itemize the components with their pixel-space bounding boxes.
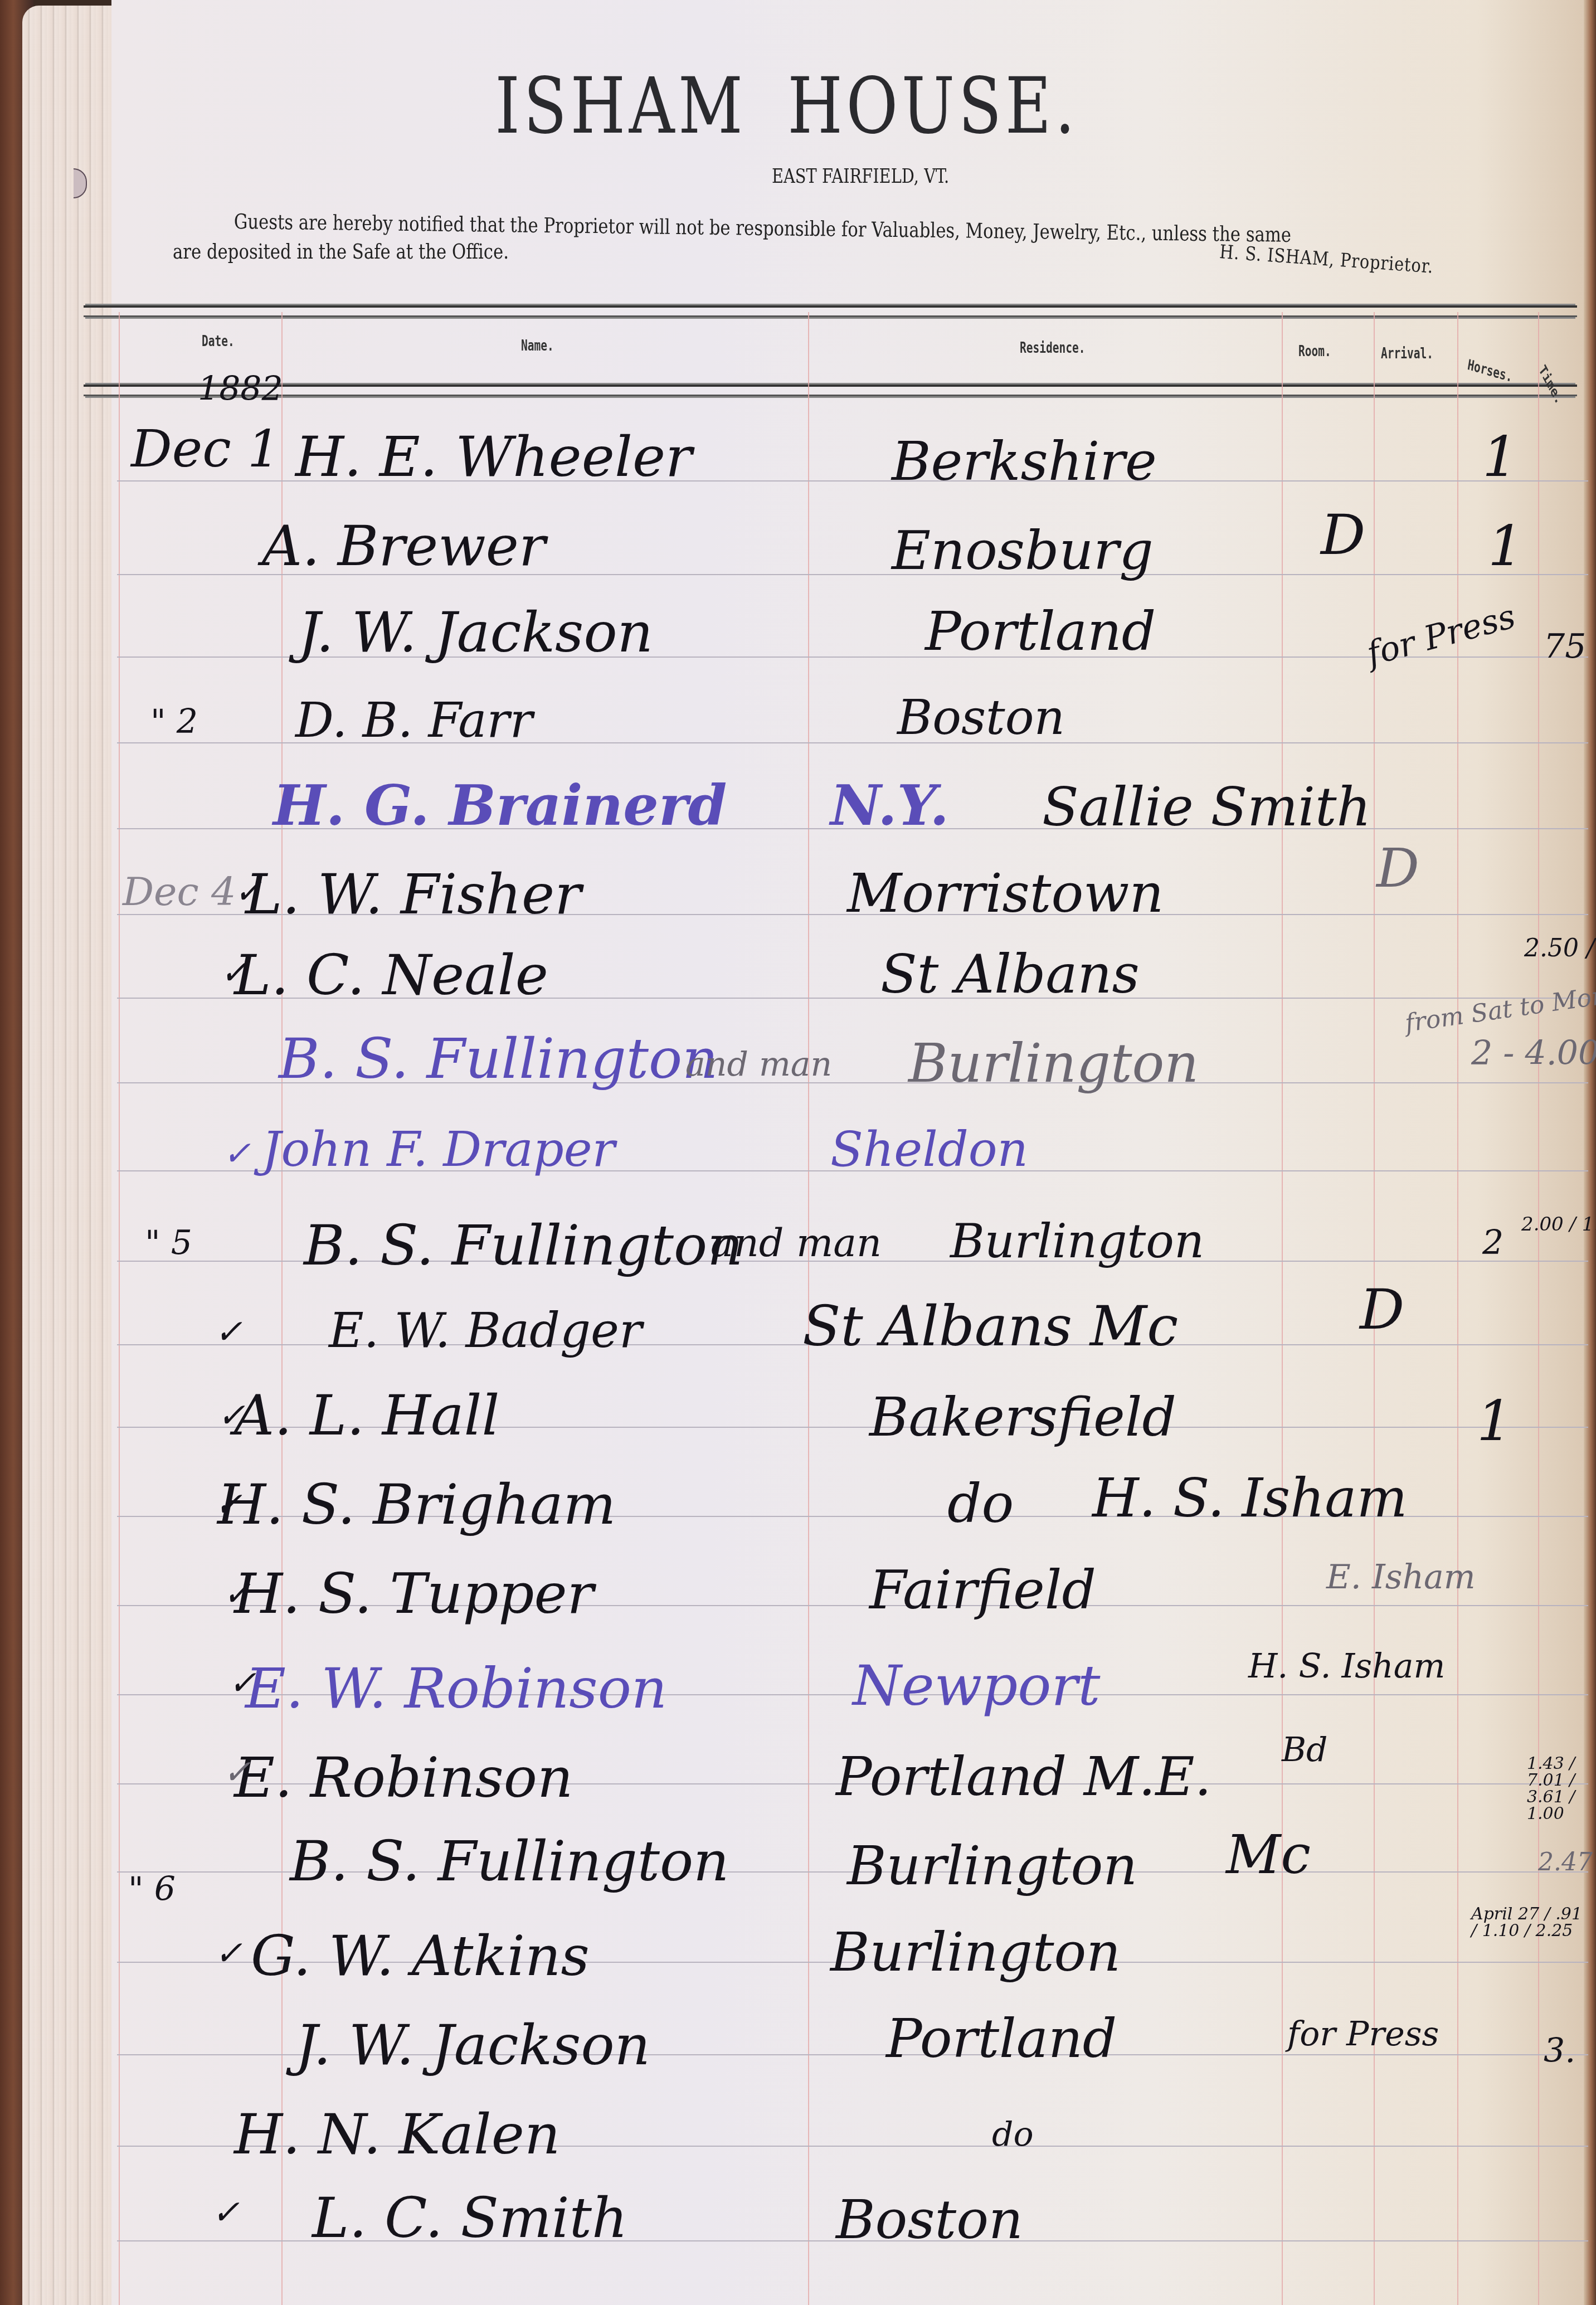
entry-residence: Fairfield	[869, 1563, 1096, 1617]
entry-date: Dec 4	[123, 872, 236, 911]
entry-time: 3.	[1544, 2034, 1575, 2068]
entry-horses: 2	[1482, 1226, 1503, 1260]
entry-name: E. Robinson	[234, 1750, 573, 1806]
entry-with-note: and man	[711, 1223, 882, 1262]
checkmark-icon: ✓	[228, 1666, 256, 1700]
column-header-room: Room.	[1298, 343, 1331, 360]
register-location: EAST FAIRFIELD, VT.	[772, 165, 949, 188]
entry-name: A. Brewer	[262, 518, 546, 574]
entry-date: " 6	[128, 1873, 176, 1906]
entry-arrival-note: Bd	[1282, 1733, 1328, 1767]
checkmark-icon: ✓	[215, 1488, 242, 1521]
entry-name: H. S. Tupper	[234, 1566, 593, 1622]
entry-arrival-note: E. Isham	[1326, 1560, 1476, 1594]
column-header-date: Date.	[202, 333, 235, 350]
checkmark-icon: ✓	[220, 956, 248, 989]
column-header-name: Name.	[521, 338, 554, 354]
header-rule-bottom	[84, 385, 1577, 396]
entry-arrival-note: H. S. Isham	[1248, 1650, 1445, 1683]
entry-date: " 2	[150, 705, 198, 738]
entry-horses: 1	[1488, 518, 1524, 574]
checkmark-icon: ✓	[223, 1756, 251, 1789]
checkmark-icon: ✓	[223, 1577, 251, 1611]
margin-line	[119, 312, 120, 2305]
checkmark-icon: ✓	[212, 2196, 240, 2229]
entry-date: Dec 1	[131, 424, 280, 475]
entry-residence: St Albans Mc	[802, 1299, 1178, 1354]
entry-name: L. C. Neale	[234, 947, 548, 1003]
entry-name: John F. Draper	[262, 1126, 615, 1174]
entry-residence: Bakersfield	[869, 1390, 1176, 1444]
notice-line-2: are deposited in the Safe at the Office.	[173, 240, 509, 264]
checkmark-icon: ✓	[223, 1137, 251, 1170]
entry-time: 1.43 / 7.01 / 3.61 / 1.00	[1527, 1756, 1588, 1822]
entry-horses: 1	[1482, 429, 1518, 485]
entry-with-note: and man	[685, 1048, 832, 1081]
entry-name: B. S. Fullington	[304, 1218, 743, 1273]
entry-residence: Burlington	[847, 1839, 1137, 1893]
entry-residence: Berkshire	[892, 435, 1157, 488]
entry-name: G. W. Atkins	[251, 1928, 590, 1984]
entry-room: Mc	[1226, 1828, 1311, 1881]
entry-name: B. S. Fullington	[290, 1834, 729, 1889]
entry-name: H. G. Brainerd	[273, 777, 727, 833]
register-title: ISHAMHOUSE.	[133, 61, 1441, 151]
entry-room-note: for Press	[1287, 2017, 1439, 2051]
entry-room-note: Sallie Smith	[1042, 780, 1371, 834]
checkmark-icon: ✓	[215, 1937, 242, 1970]
entry-name: E. W. Robinson	[245, 1661, 667, 1716]
entry-horses: 1	[1477, 1393, 1512, 1449]
column-header-residence: Residence.	[1020, 340, 1085, 357]
page-right-edge	[1584, 0, 1596, 2305]
entry-date: " 5	[145, 1226, 192, 1260]
page-stack-edges	[22, 6, 117, 2305]
entry-residence: Burlington	[830, 1925, 1121, 1979]
entry-name: A. L. Hall	[234, 1388, 500, 1443]
entry-name: H. N. Kalen	[234, 2107, 560, 2162]
entry-time: April 27 / .91 / 1.10 / 2.25	[1471, 1906, 1583, 1939]
entry-time: 2.00 / 1.01	[1521, 1215, 1596, 1234]
entry-arrival-note: H. S. Isham	[1092, 1471, 1407, 1525]
entry-residence: N.Y.	[830, 777, 949, 833]
entry-name: L. W. Fisher	[245, 867, 581, 922]
checkmark-icon: ✓	[215, 1315, 242, 1349]
entry-time: 2.50 / 25	[1524, 936, 1596, 961]
entry-name: J. W. Jackson	[295, 2017, 650, 2073]
entry-residence: Enosburg	[892, 524, 1154, 577]
entry-residence: Morristown	[847, 867, 1164, 920]
entry-residence: Burlington	[908, 1037, 1199, 1090]
entry-name: B. S. Fullington	[279, 1031, 718, 1087]
title-word-isham: ISHAM	[495, 61, 746, 151]
entry-arrival: D	[1360, 1282, 1404, 1338]
entry-residence: do	[947, 1477, 1014, 1530]
entry-name: D. B. Farr	[295, 697, 533, 745]
header-rule-top	[84, 305, 1577, 317]
entry-residence: Boston	[897, 694, 1065, 742]
entry-residence: Burlington	[950, 1218, 1204, 1265]
entry-residence: St Albans	[880, 947, 1140, 1001]
entry-name: L. C. Smith	[312, 2190, 627, 2246]
entry-residence: Portland M.E.	[836, 1750, 1211, 1803]
entry-residence: Boston	[836, 2193, 1023, 2246]
entry-name: E. W. Badger	[329, 1307, 642, 1355]
entry-arrival: D	[1321, 507, 1365, 563]
divider-date-name	[281, 312, 283, 2305]
entry-name: J. W. Jackson	[298, 605, 653, 660]
entry-name: H. E. Wheeler	[295, 429, 692, 485]
entry-time: 2.47	[1538, 1850, 1593, 1875]
column-header-arrival: Arrival.	[1381, 346, 1433, 362]
checkmark-icon: ✓	[217, 1399, 245, 1432]
entry-time: 75	[1544, 630, 1586, 663]
checkmark-icon: ✓	[234, 875, 262, 908]
entry-arrival: D	[1376, 842, 1419, 895]
entry-residence: Newport	[853, 1658, 1100, 1714]
divider-horses-time	[1538, 312, 1539, 2305]
entry-residence: do	[992, 2118, 1034, 2151]
entry-year: 1882	[198, 372, 283, 406]
entry-residence: Portland	[886, 2012, 1117, 2065]
title-word-house: HOUSE.	[787, 61, 1078, 151]
entry-residence: Portland	[925, 605, 1156, 658]
entry-residence: Sheldon	[830, 1126, 1028, 1174]
divider-residence-room	[1282, 312, 1283, 2305]
entry-name: H. S. Brigham	[217, 1477, 616, 1533]
entry-time: 2 - 4.00	[1471, 1037, 1596, 1070]
